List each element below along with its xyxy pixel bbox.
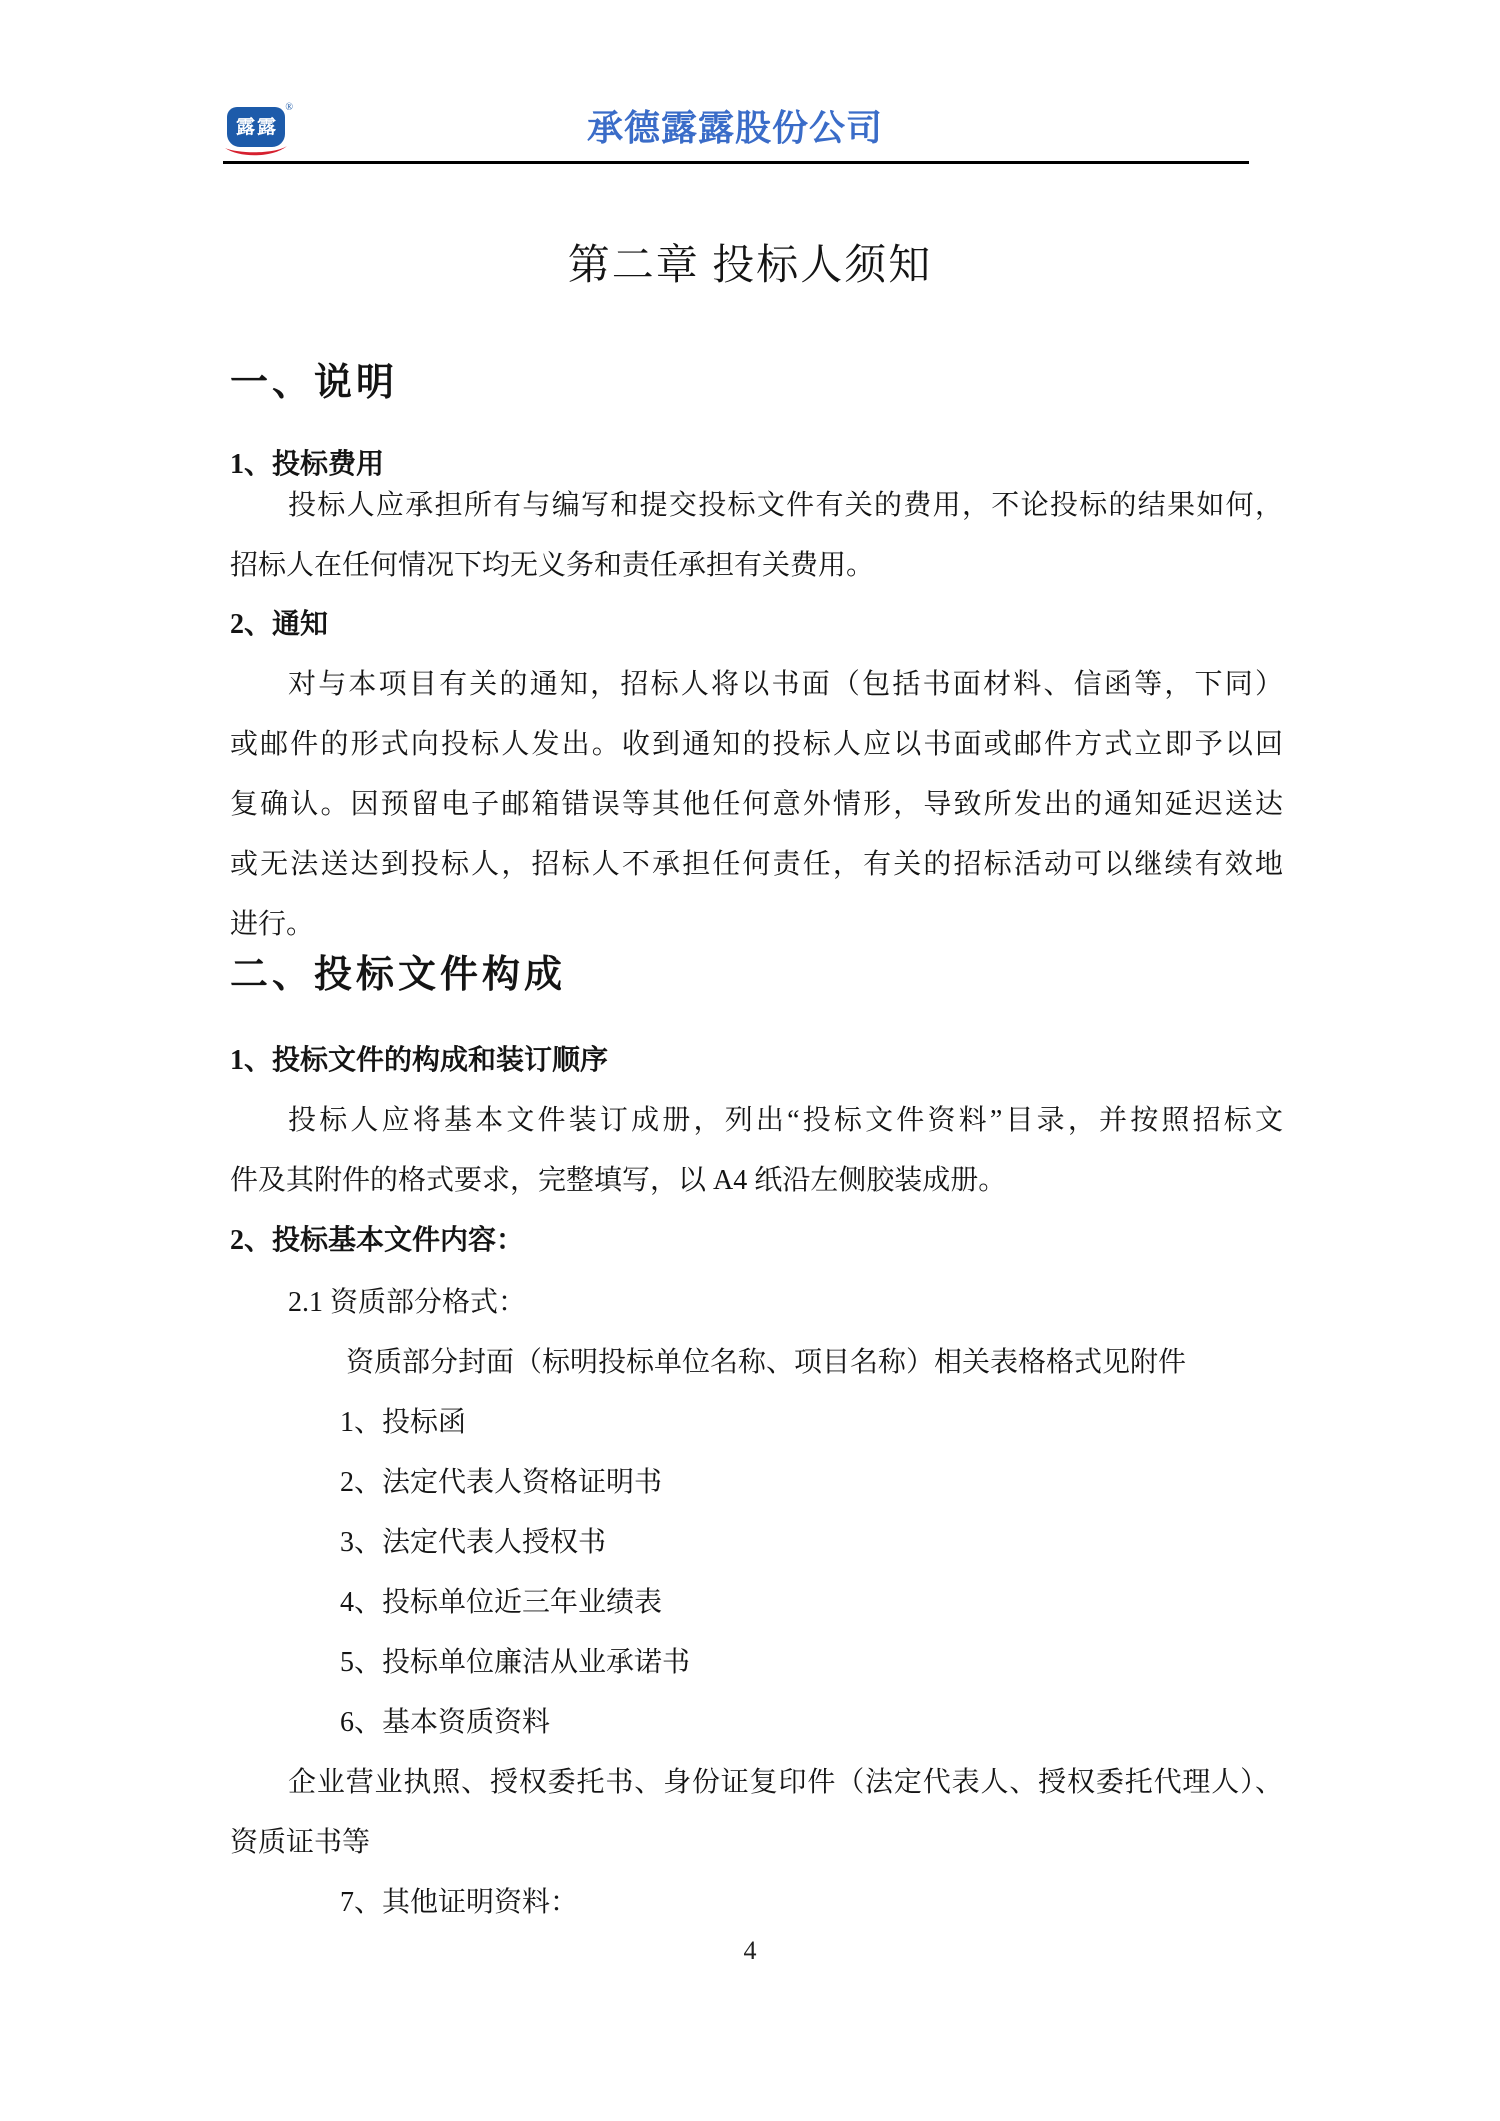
paragraph-line: 件及其附件的格式要求，完整填写，以 A4 纸沿左侧胶装成册。 bbox=[230, 1163, 1283, 1198]
clause-2-1: 2.1 资质部分格式： bbox=[288, 1285, 1283, 1320]
logo-swoosh-icon bbox=[225, 145, 287, 159]
list-item: 2、法定代表人资格证明书 bbox=[340, 1465, 1393, 1500]
paragraph-line: 资质证书等 bbox=[230, 1825, 1283, 1860]
paragraph-line: 投标人应承担所有与编写和提交投标文件有关的费用，不论投标的结果如何， bbox=[288, 488, 1283, 523]
paragraph-line: 或邮件的形式向投标人发出。收到通知的投标人应以书面或邮件方式立即予以回 bbox=[230, 727, 1283, 762]
subheading-notice: 2、通知 bbox=[230, 607, 1283, 642]
subheading-basic-content: 2、投标基本文件内容： bbox=[230, 1223, 1283, 1258]
page-number: 4 bbox=[0, 1936, 1500, 1966]
list-item: 4、投标单位近三年业绩表 bbox=[340, 1585, 1393, 1620]
paragraph-line: 或无法送达到投标人，招标人不承担任何责任，有关的招标活动可以继续有效地 bbox=[230, 847, 1283, 882]
list-item: 5、投标单位廉洁从业承诺书 bbox=[340, 1645, 1393, 1680]
header-company-name: 承德露露股份公司 bbox=[0, 110, 1470, 146]
paragraph-line: 招标人在任何情况下均无义务和责任承担有关费用。 bbox=[230, 548, 1283, 583]
header-rule bbox=[223, 161, 1249, 164]
list-item: 3、法定代表人授权书 bbox=[340, 1525, 1393, 1560]
list-item: 6、基本资质资料 bbox=[340, 1705, 1393, 1740]
paragraph-line: 进行。 bbox=[230, 907, 1283, 942]
chapter-title: 第二章 投标人须知 bbox=[0, 243, 1500, 289]
list-item: 7、其他证明资料： bbox=[340, 1885, 1393, 1920]
subheading-bid-cost: 1、投标费用 bbox=[230, 447, 1283, 482]
cover-note-line: 资质部分封面（标明投标单位名称、项目名称）相关表格格式见附件 bbox=[346, 1345, 1399, 1380]
paragraph-line: 对与本项目有关的通知，招标人将以书面（包括书面材料、信函等，下同） bbox=[288, 667, 1283, 702]
subheading-binding-order: 1、投标文件的构成和装订顺序 bbox=[230, 1043, 1283, 1078]
paragraph-line: 企业营业执照、授权委托书、身份证复印件（法定代表人、授权委托代理人）、 bbox=[288, 1765, 1283, 1800]
section-heading-2: 二、投标文件构成 bbox=[230, 955, 566, 997]
document-page: 露露 ® 承德露露股份公司 第二章 投标人须知 一、说明 1、投标费用 投标人应… bbox=[0, 0, 1500, 2121]
paragraph-line: 复确认。因预留电子邮箱错误等其他任何意外情形，导致所发出的通知延迟送达 bbox=[230, 787, 1283, 822]
paragraph-line: 投标人应将基本文件装订成册，列出“投标文件资料”目录，并按照招标文 bbox=[288, 1103, 1283, 1138]
section-heading-1: 一、说明 bbox=[230, 363, 398, 405]
list-item: 1、投标函 bbox=[340, 1405, 1393, 1440]
